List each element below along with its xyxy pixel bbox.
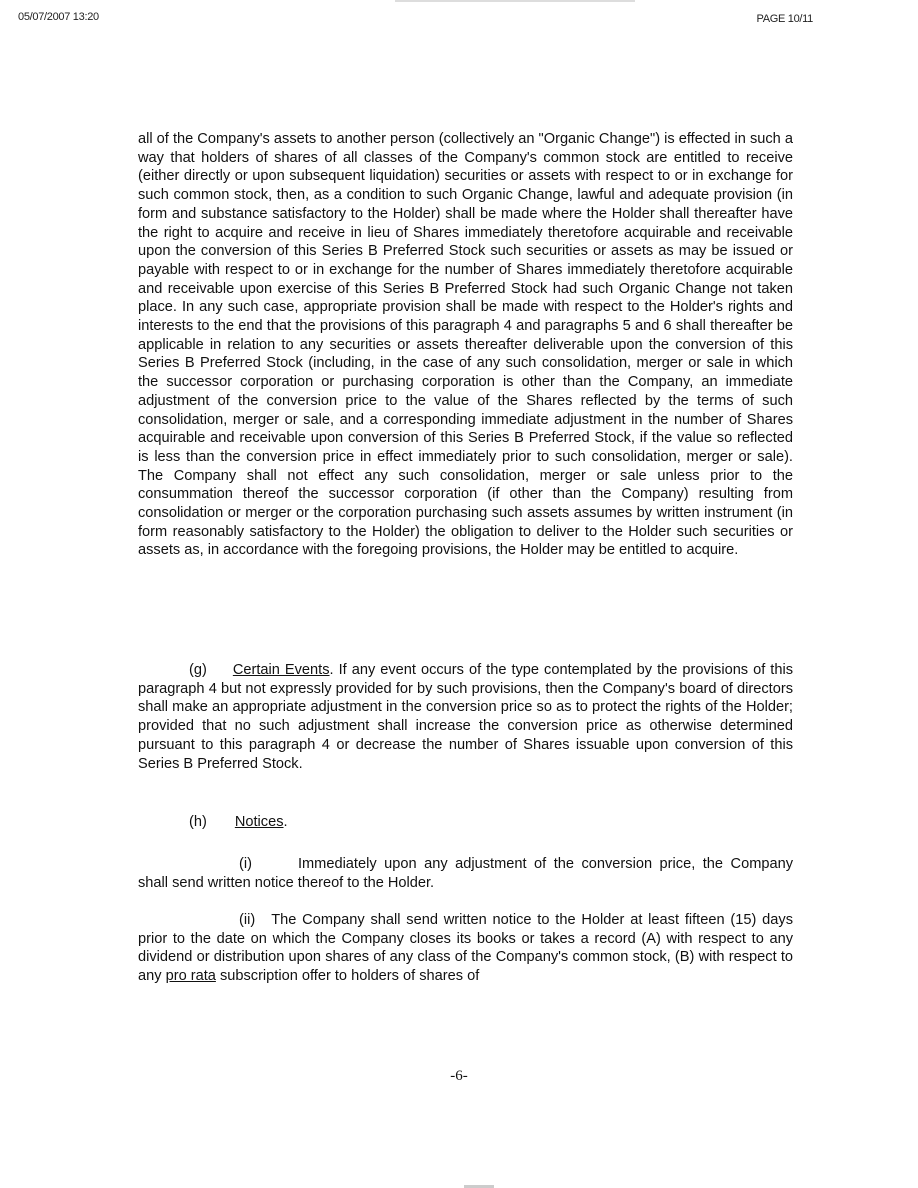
section-h-period: . bbox=[284, 814, 288, 830]
subsection-i: (i)Immediately upon any adjustment of th… bbox=[138, 855, 793, 892]
paragraph-text: all of the Company's assets to another p… bbox=[138, 130, 793, 560]
section-g-label: (g) bbox=[189, 662, 207, 678]
fax-page-label: PAGE 10/11 bbox=[756, 13, 813, 25]
fax-date-time: 05/07/2007 13:20 bbox=[18, 11, 99, 23]
section-g-text: . If any event occurs of the type contem… bbox=[138, 662, 793, 772]
subsection-ii: (ii)The Company shall send written notic… bbox=[138, 911, 793, 986]
scan-artifact bbox=[395, 0, 635, 2]
section-g-paragraph: (g)Certain Events. If any event occurs o… bbox=[138, 661, 793, 773]
page-number: -6- bbox=[0, 1068, 918, 1085]
fax-header: 05/07/2007 13:20 PAGE 10/11 bbox=[0, 0, 918, 40]
section-h-paragraph: (h)Notices. bbox=[189, 813, 844, 832]
subsection-ii-pro-rata: pro rata bbox=[166, 968, 216, 984]
section-g-heading: Certain Events bbox=[233, 662, 330, 678]
section-g-certain-events: (g)Certain Events. If any event occurs o… bbox=[138, 661, 793, 773]
subsection-ii-text-after: subscription offer to holders of shares … bbox=[216, 968, 479, 984]
subsection-ii-paragraph: (ii)The Company shall send written notic… bbox=[138, 911, 793, 986]
subsection-ii-label: (ii) bbox=[239, 912, 255, 928]
section-h-notices: (h)Notices. bbox=[138, 813, 844, 832]
section-h-label: (h) bbox=[189, 814, 207, 830]
subsection-i-text: Immediately upon any adjustment of the c… bbox=[138, 856, 793, 891]
paragraph-organic-change-continuation: all of the Company's assets to another p… bbox=[138, 130, 793, 560]
subsection-i-label: (i) bbox=[239, 856, 252, 872]
subsection-i-paragraph: (i)Immediately upon any adjustment of th… bbox=[138, 855, 793, 892]
section-h-heading: Notices bbox=[235, 814, 284, 830]
